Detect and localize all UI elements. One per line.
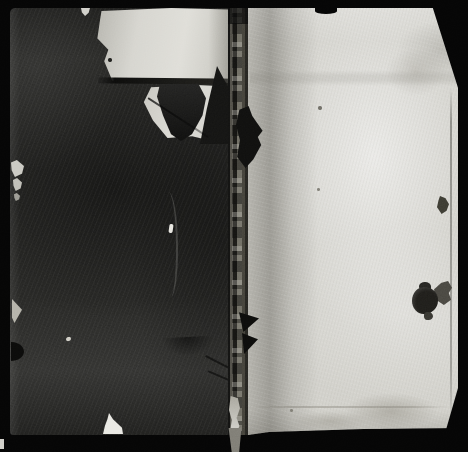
cover-fold-shadow	[162, 336, 215, 358]
spine-top-cap	[228, 8, 248, 24]
book-scan	[0, 0, 468, 452]
frame-bottom-left-sliver	[0, 439, 4, 449]
spine-bottom-tail	[227, 428, 243, 452]
left-cover-board	[10, 8, 229, 435]
stain-horizontal-band	[250, 70, 456, 86]
ink-blot-tail	[424, 312, 433, 320]
crease-line	[252, 406, 450, 408]
frame-top-bump	[315, 8, 337, 14]
right-endpaper	[248, 8, 458, 435]
stain-bottom	[295, 412, 365, 430]
spine-wear-chips	[232, 8, 242, 435]
page-speck	[290, 409, 293, 412]
torn-paper-exposed-board-upper	[96, 8, 229, 84]
cover-pit-mark	[108, 58, 112, 62]
page-speck	[317, 188, 320, 191]
book-spine	[228, 8, 248, 435]
page-edge-line	[450, 88, 452, 428]
page-speck	[318, 106, 322, 110]
